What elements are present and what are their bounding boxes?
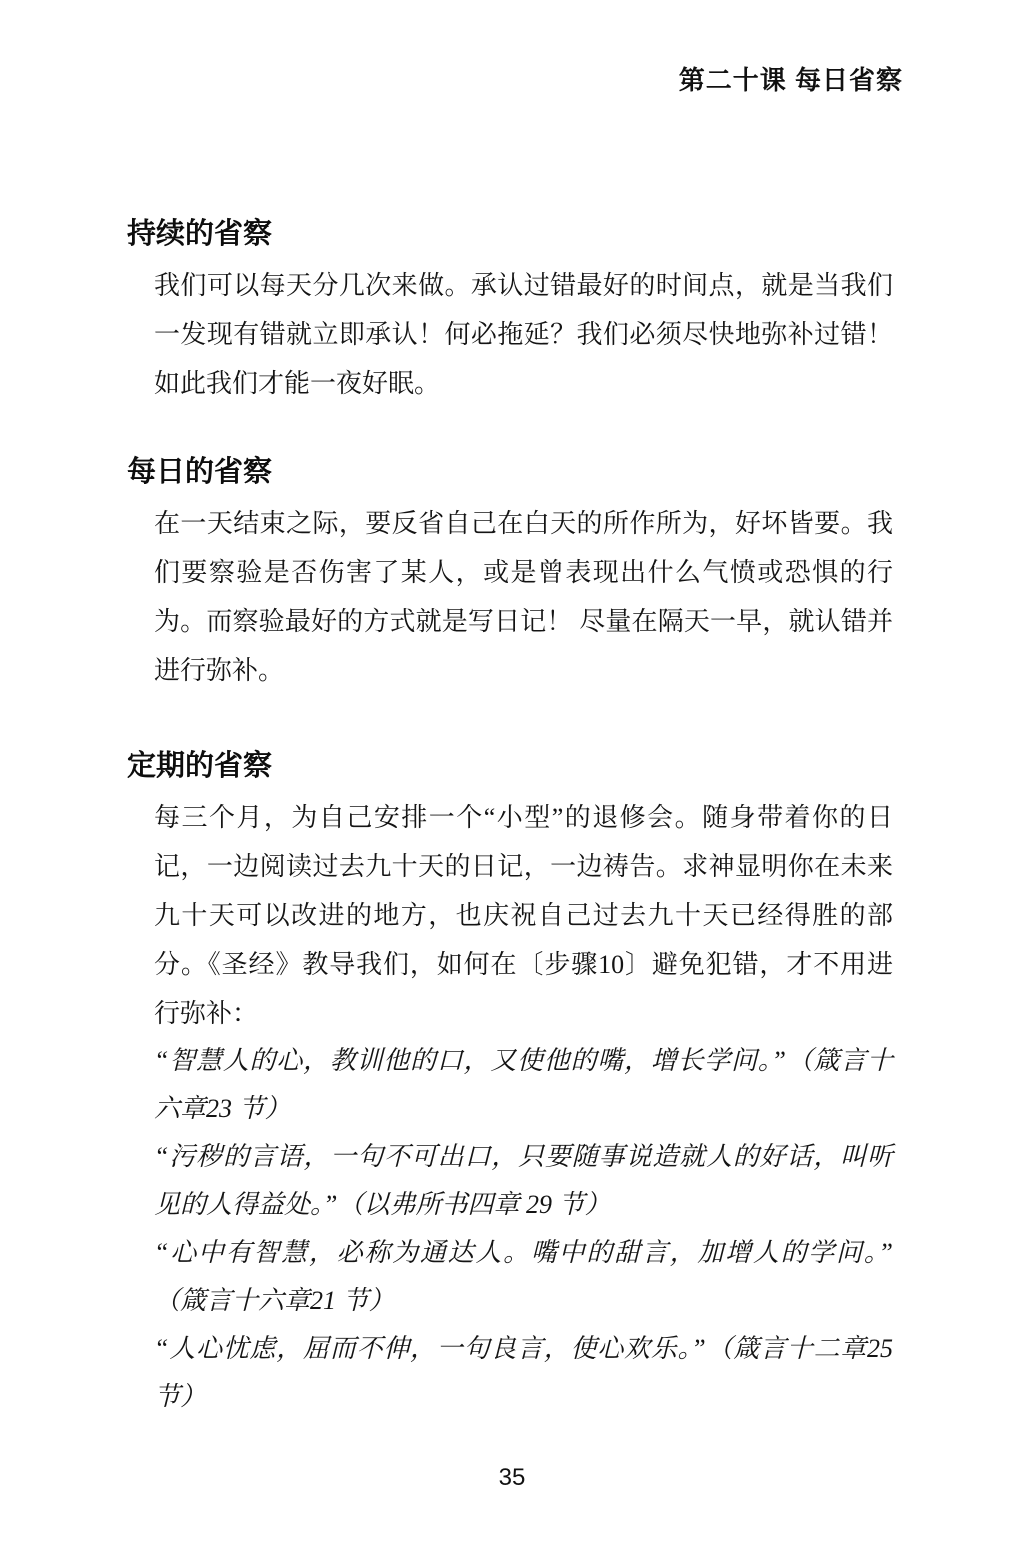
scripture-quote: “心中有智慧，必称为通达人。嘴中的甜言，加增人的学问。”（箴言十六章21 节） bbox=[154, 1229, 893, 1325]
scripture-quote: “人心忧虑，屈而不伸，一句良言，使心欢乐。”（箴言十二章25节） bbox=[154, 1325, 893, 1421]
section-paragraph: 我们可以每天分几次来做。承认过错最好的时间点，就是当我们一发现有错就立即承认！何… bbox=[154, 261, 893, 408]
section-heading-daily-review: 每日的省察 bbox=[127, 455, 272, 490]
scripture-quotes-block: “智慧人的心，教训他的口，又使他的嘴，增长学问。”（箴言十六章23 节） “污秽… bbox=[154, 1037, 893, 1421]
page-number: 35 bbox=[0, 1464, 1024, 1492]
section-heading-continual-review: 持续的省察 bbox=[127, 217, 272, 252]
running-header: 第二十课 每日省察 bbox=[679, 65, 903, 95]
scripture-quote: “污秽的言语，一句不可出口，只要随事说造就人的好话，叫听见的人得益处。”（以弗所… bbox=[154, 1133, 893, 1229]
section-paragraph: 每三个月，为自己安排一个“小型”的退修会。随身带着你的日记，一边阅读过去九十天的… bbox=[154, 793, 893, 1038]
scripture-quote: “智慧人的心，教训他的口，又使他的嘴，增长学问。”（箴言十六章23 节） bbox=[154, 1037, 893, 1133]
section-paragraph: 在一天结束之际，要反省自己在白天的所作所为，好坏皆要。我们要察验是否伤害了某人，… bbox=[154, 499, 893, 695]
document-page: 第二十课 每日省察 持续的省察 我们可以每天分几次来做。承认过错最好的时间点，就… bbox=[0, 0, 1024, 1543]
section-heading-periodic-review: 定期的省察 bbox=[127, 749, 272, 784]
